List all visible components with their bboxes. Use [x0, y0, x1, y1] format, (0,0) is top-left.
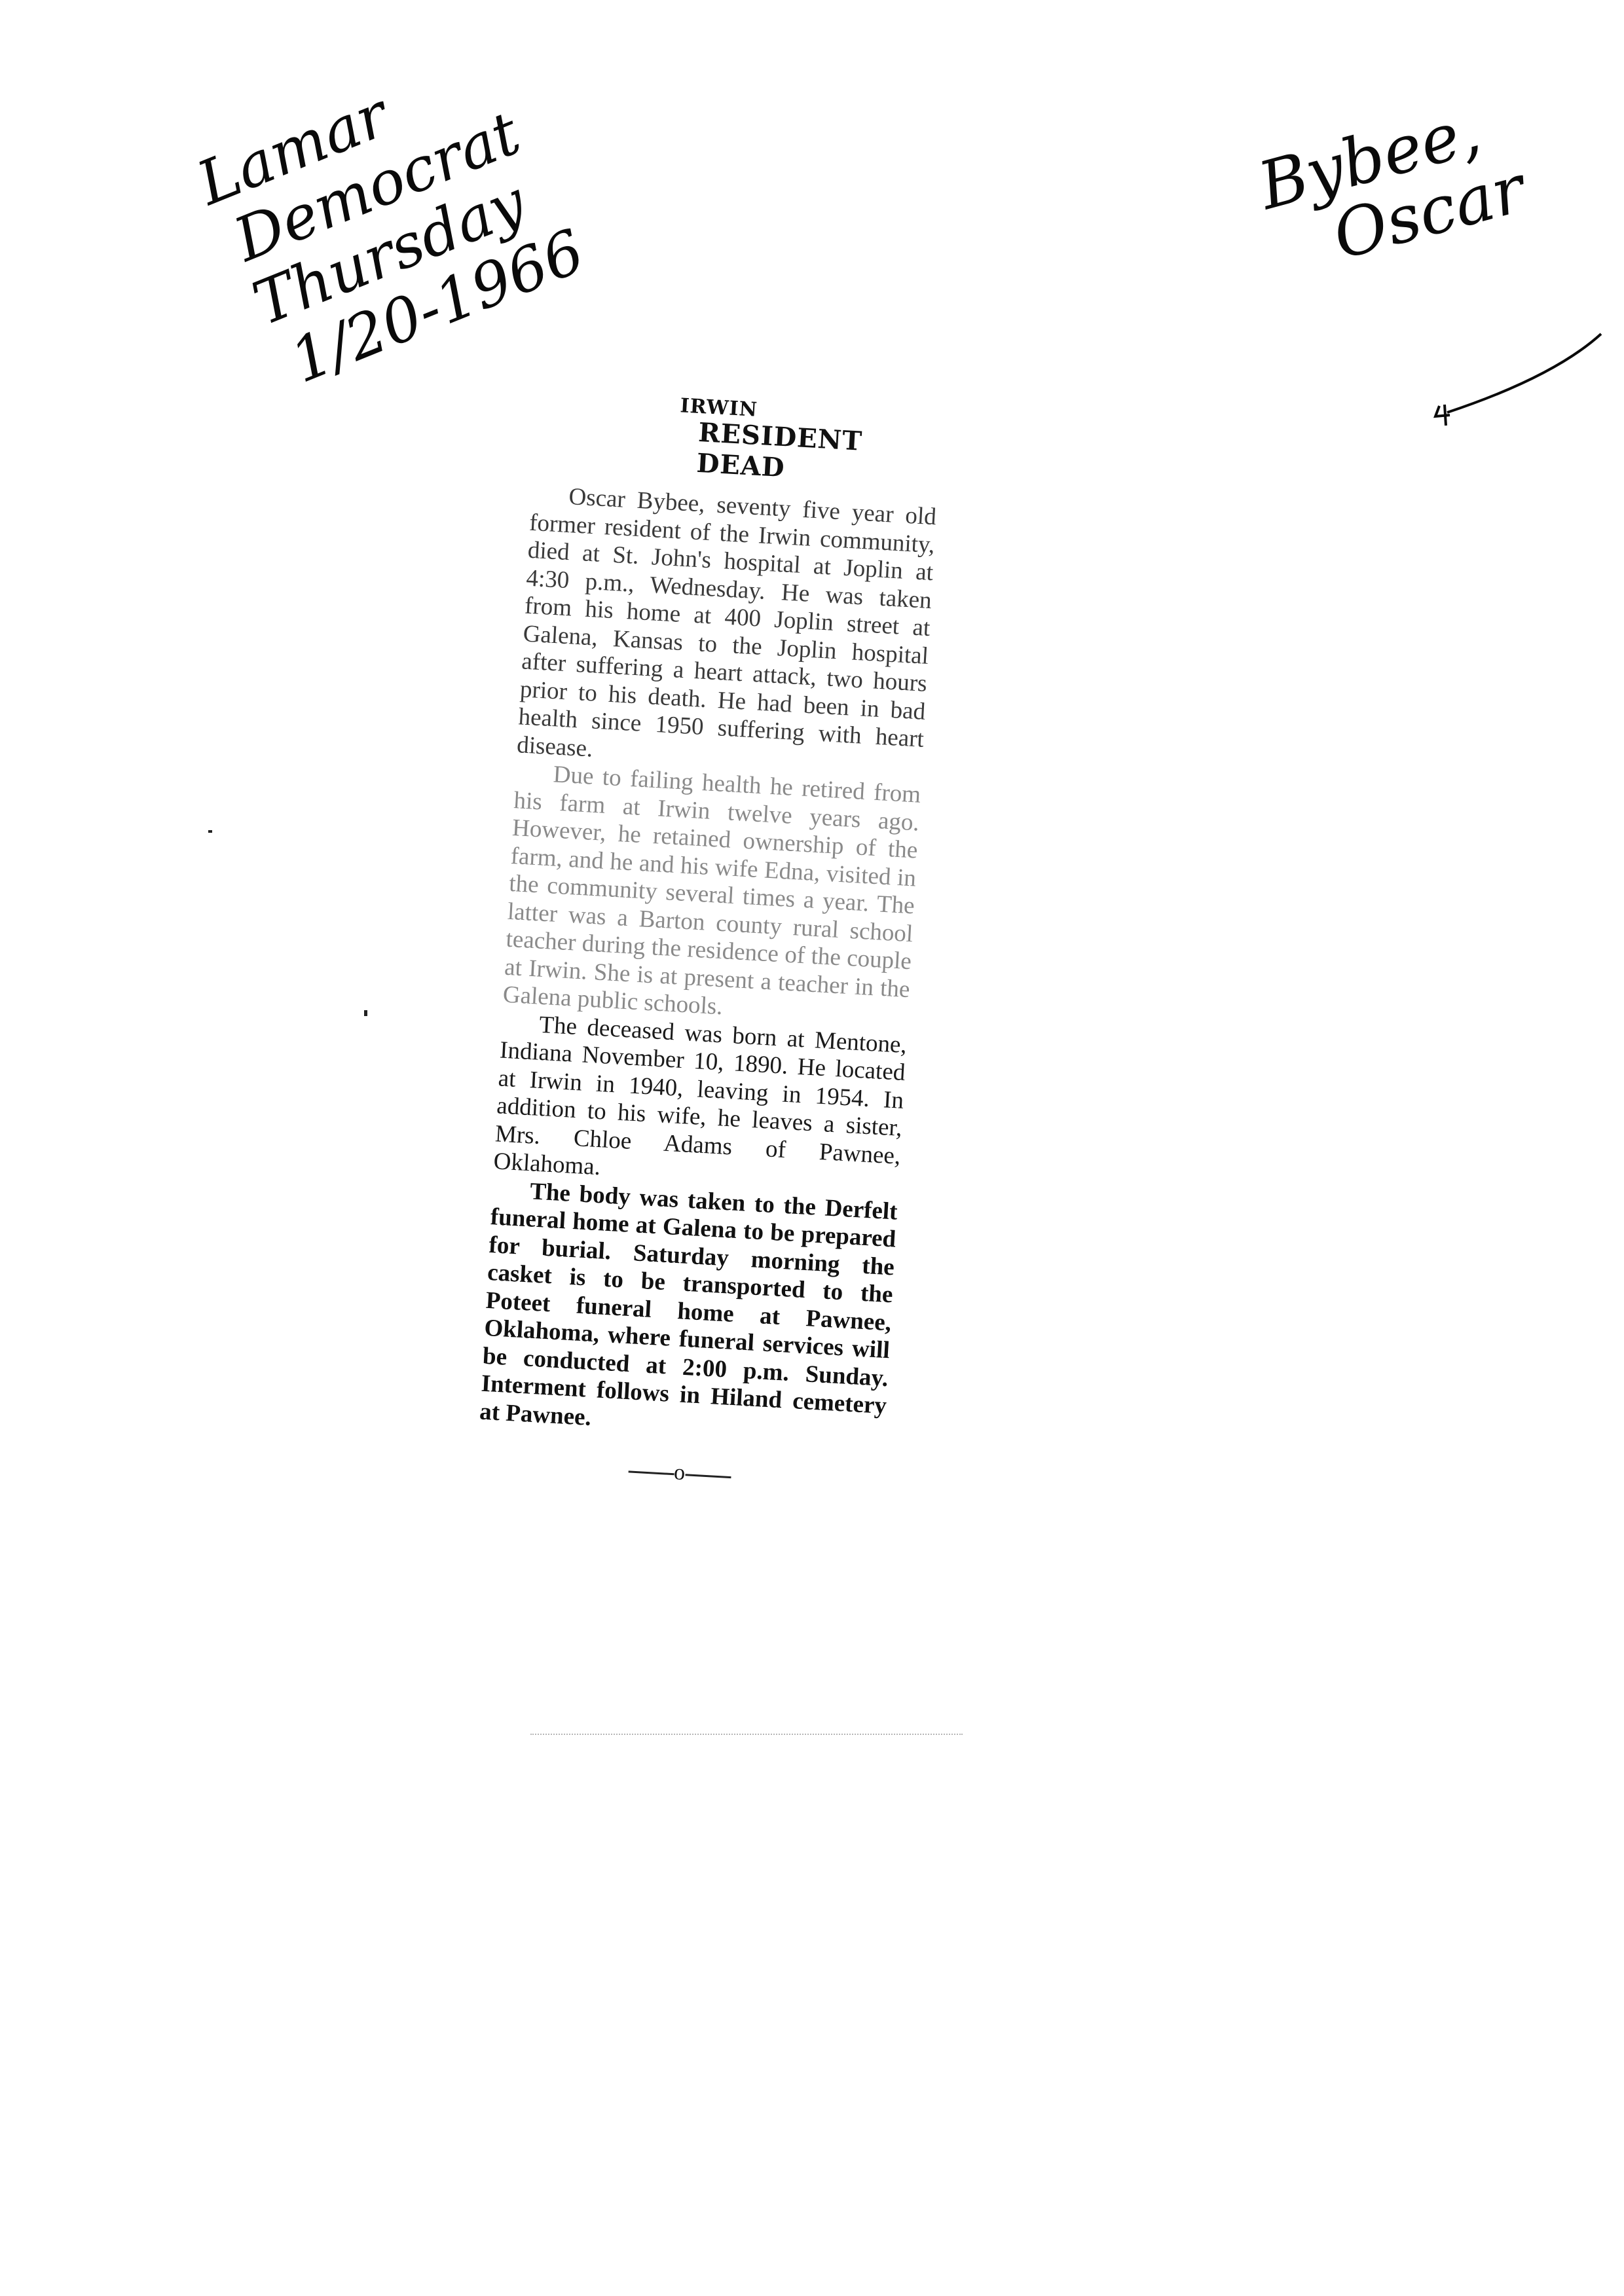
clipping-bottom-edge	[530, 1734, 963, 1735]
scan-speck	[208, 830, 212, 833]
paragraph-death-notice: Oscar Bybee, seventy five year old forme…	[516, 481, 937, 782]
handwritten-arrow-icon	[1408, 327, 1604, 432]
end-mark-rule-left	[628, 1470, 674, 1475]
paragraph-funeral-arrangements: The body was taken to the Derfelt funera…	[479, 1176, 898, 1449]
paragraph-retirement: Due to failing health he retired from hi…	[502, 759, 921, 1032]
end-of-article-mark: o	[476, 1449, 883, 1497]
newspaper-clipping: IRWIN RESIDENT DEAD Oscar Bybee, seventy…	[476, 386, 942, 1497]
clipping-body: Oscar Bybee, seventy five year old forme…	[479, 481, 937, 1448]
end-mark-glyph: o	[673, 1460, 686, 1485]
paragraph-biography: The deceased was born at Mentone, Indian…	[493, 1009, 908, 1198]
handwritten-name-note: Bybee, Oscar	[1251, 85, 1532, 290]
scanned-page: Lamar Democrat Thursday 1/20-1966 Bybee,…	[0, 0, 1624, 2296]
clipping-headline: RESIDENT DEAD	[696, 417, 942, 492]
handwritten-source-note: Lamar Democrat Thursday 1/20-1966	[164, 31, 594, 414]
end-mark-rule-right	[685, 1474, 731, 1478]
scan-speck	[364, 1010, 367, 1016]
